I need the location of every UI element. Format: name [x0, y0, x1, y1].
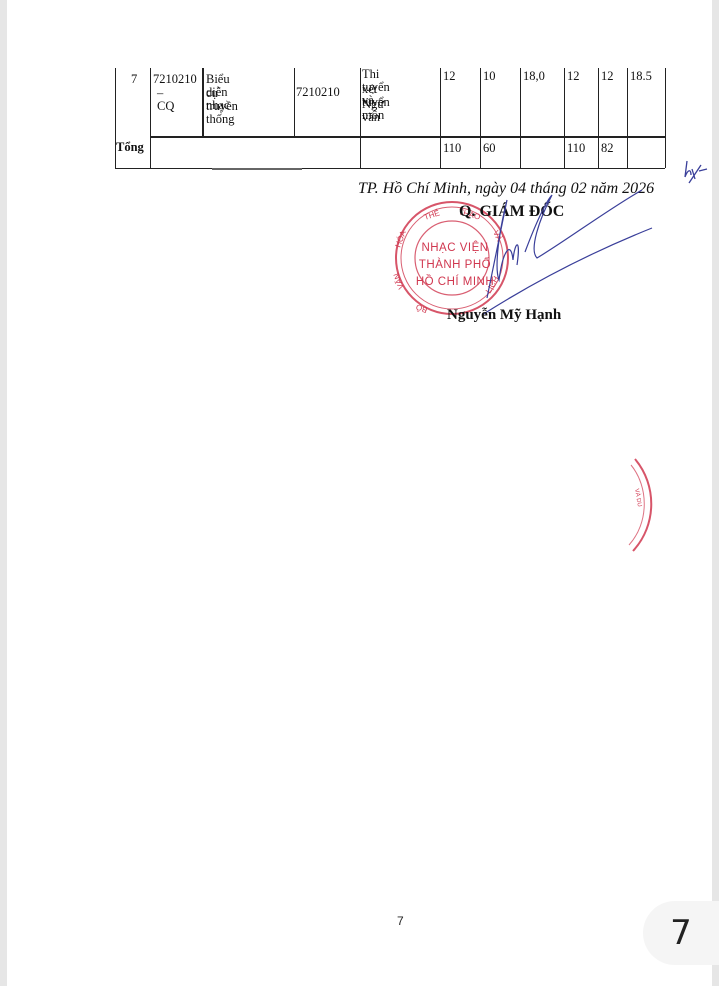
page-number: 7	[397, 914, 404, 928]
signer-name: Nguyễn Mỹ Hạnh	[447, 307, 561, 324]
document-page: 7 7210210 – CQ Biểu diễn nhạc cụ truyền …	[7, 0, 712, 986]
cell-value-2: 10	[483, 70, 496, 83]
viewer-gutter	[712, 0, 719, 986]
cell-value-6: 18.5	[630, 70, 652, 83]
cell-phuong-thuc-3: Ngữ văn	[362, 98, 384, 124]
cell-stt: 7	[131, 73, 137, 86]
cell-value-3: 18,0	[523, 70, 545, 83]
total-label: Tổng	[116, 141, 144, 154]
cell-ma-xet-tuyen: 7210210	[296, 86, 340, 99]
partial-stamp-icon: VÀ DU	[627, 455, 667, 555]
total-value-5: 82	[601, 142, 614, 155]
svg-text:BỘ: BỘ	[415, 302, 429, 314]
cell-ma-nganh-2: – CQ	[157, 87, 174, 113]
cell-value-1: 12	[443, 70, 456, 83]
total-value-1: 110	[443, 142, 461, 155]
page-indicator-button[interactable]: 7	[643, 901, 719, 965]
total-value-2: 60	[483, 142, 496, 155]
cell-value-4: 12	[567, 70, 580, 83]
cell-value-5: 12	[601, 70, 614, 83]
cell-ten-nganh-2: cụ truyền thống	[206, 87, 238, 126]
initials-mark	[679, 155, 709, 185]
partial-stamp-text: VÀ DU	[633, 488, 643, 507]
handwritten-signature	[477, 180, 657, 320]
cell-ma-nganh-1: 7210210	[153, 73, 197, 86]
svg-text:THỂ: THỂ	[423, 208, 441, 222]
total-value-4: 110	[567, 142, 585, 155]
